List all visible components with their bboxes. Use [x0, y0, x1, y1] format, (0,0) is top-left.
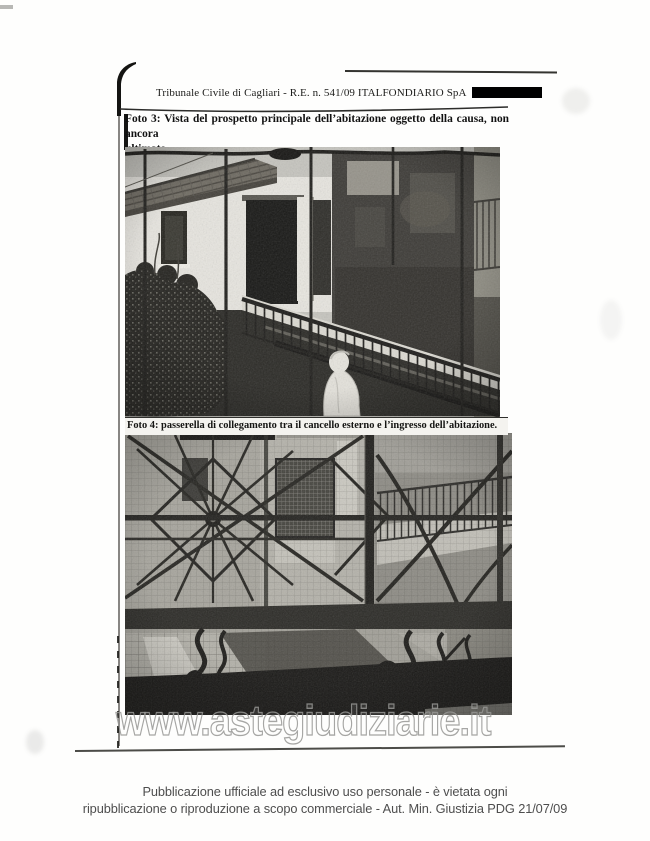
caption-foto-4: Foto 4: passerella di collegamento tra i…	[125, 417, 508, 435]
scan-edge-top	[345, 70, 557, 73]
photo-grain-overlay	[125, 433, 512, 715]
watermark: www.astegiudiziarie.it	[116, 697, 503, 746]
document-header: Tribunale Civile di Cagliari - R.E. n. 5…	[156, 87, 576, 99]
caption-foto-3-line1: Foto 3: Vista del prospetto principale d…	[125, 112, 509, 142]
photo-foto-4	[125, 433, 512, 715]
redaction-bar	[472, 87, 542, 98]
footer-line1: Pubblicazione ufficiale ad esclusivo uso…	[0, 784, 650, 801]
scan-edge-bottom	[75, 745, 565, 752]
photo-grain-overlay	[125, 147, 500, 417]
scan-smudge	[26, 730, 44, 754]
page-footer: Pubblicazione ufficiale ad esclusivo uso…	[0, 784, 650, 817]
scan-smudge	[600, 300, 622, 340]
scanned-page: Tribunale Civile di Cagliari - R.E. n. 5…	[0, 0, 650, 841]
header-title: Tribunale Civile di Cagliari - R.E. n. 5…	[156, 87, 467, 99]
photo-foto-3	[125, 147, 500, 417]
scan-corner-dash	[0, 5, 13, 9]
footer-line2: ripubblicazione o riproduzione a scopo c…	[0, 801, 650, 818]
